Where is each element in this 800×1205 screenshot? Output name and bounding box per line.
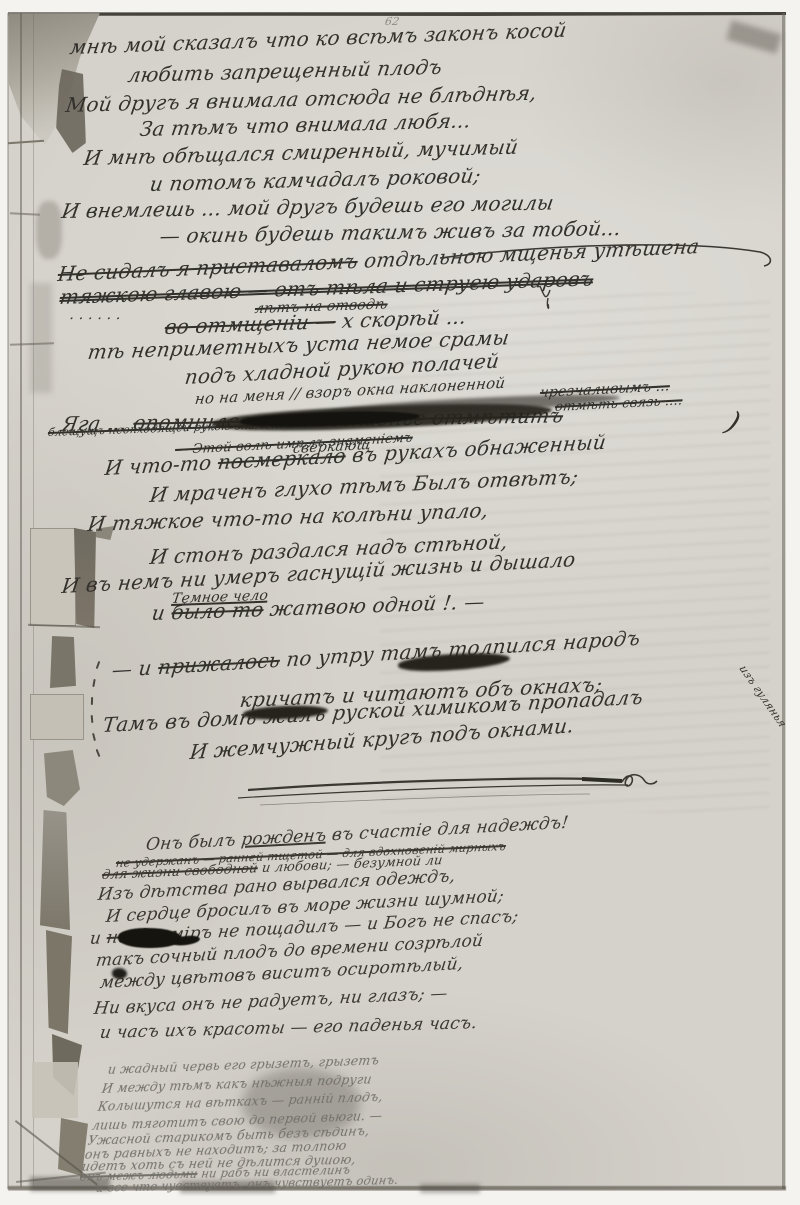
line-s2-2: . . . . . . bbox=[69, 307, 123, 323]
torn-paper-strip bbox=[46, 930, 72, 1034]
line-s4-9: и часъ ихъ красоты — его паденья часъ. bbox=[98, 1013, 478, 1043]
margin-dash bbox=[92, 679, 95, 687]
page-right-edge bbox=[782, 13, 785, 1189]
edge-smudge bbox=[30, 283, 52, 393]
corner-smudge bbox=[726, 20, 781, 54]
line-part: прижалось bbox=[157, 648, 281, 680]
line-part: И что-то bbox=[104, 450, 220, 480]
tear-mark bbox=[8, 140, 44, 145]
margin-dash bbox=[91, 715, 94, 723]
margin-dash bbox=[96, 749, 101, 757]
tear-mark bbox=[10, 212, 40, 216]
line-s1-0: мнѣ мой сказалъ что ко всѣмъ законъ косо… bbox=[68, 18, 568, 59]
line-s1-5: и потомъ камчадалъ роковой; bbox=[148, 163, 482, 196]
line-part: — и bbox=[111, 655, 160, 682]
ink-blot-small bbox=[112, 968, 127, 979]
manuscript-page: 62 мнѣ мой сказалъ что ко всѣмъ законъ к… bbox=[8, 13, 786, 1191]
insertion-arrow bbox=[536, 284, 556, 314]
margin-dash bbox=[91, 697, 93, 705]
page-left-edge bbox=[7, 13, 9, 1189]
line-part: было то bbox=[170, 597, 265, 624]
bottom-smudge bbox=[420, 1184, 480, 1193]
edge-smudge bbox=[36, 201, 62, 259]
binding-crease bbox=[20, 13, 22, 1187]
manuscript-photo: 62 мнѣ мой сказалъ что ко всѣмъ законъ к… bbox=[0, 0, 800, 1205]
torn-paper-strip bbox=[40, 810, 70, 930]
margin-dash bbox=[92, 733, 96, 741]
margin-dash bbox=[96, 661, 101, 669]
divider-flourish bbox=[230, 772, 670, 812]
torn-paper-patch-light bbox=[32, 1062, 78, 1118]
torn-paper-patch-dark bbox=[50, 636, 76, 688]
line-s1-1: любить запрещенный плодъ bbox=[126, 55, 444, 87]
ink-blot-large bbox=[118, 928, 182, 948]
torn-paper-patch bbox=[44, 750, 80, 806]
torn-paper-patch-light bbox=[30, 694, 84, 740]
flourish-swoosh bbox=[430, 236, 786, 284]
